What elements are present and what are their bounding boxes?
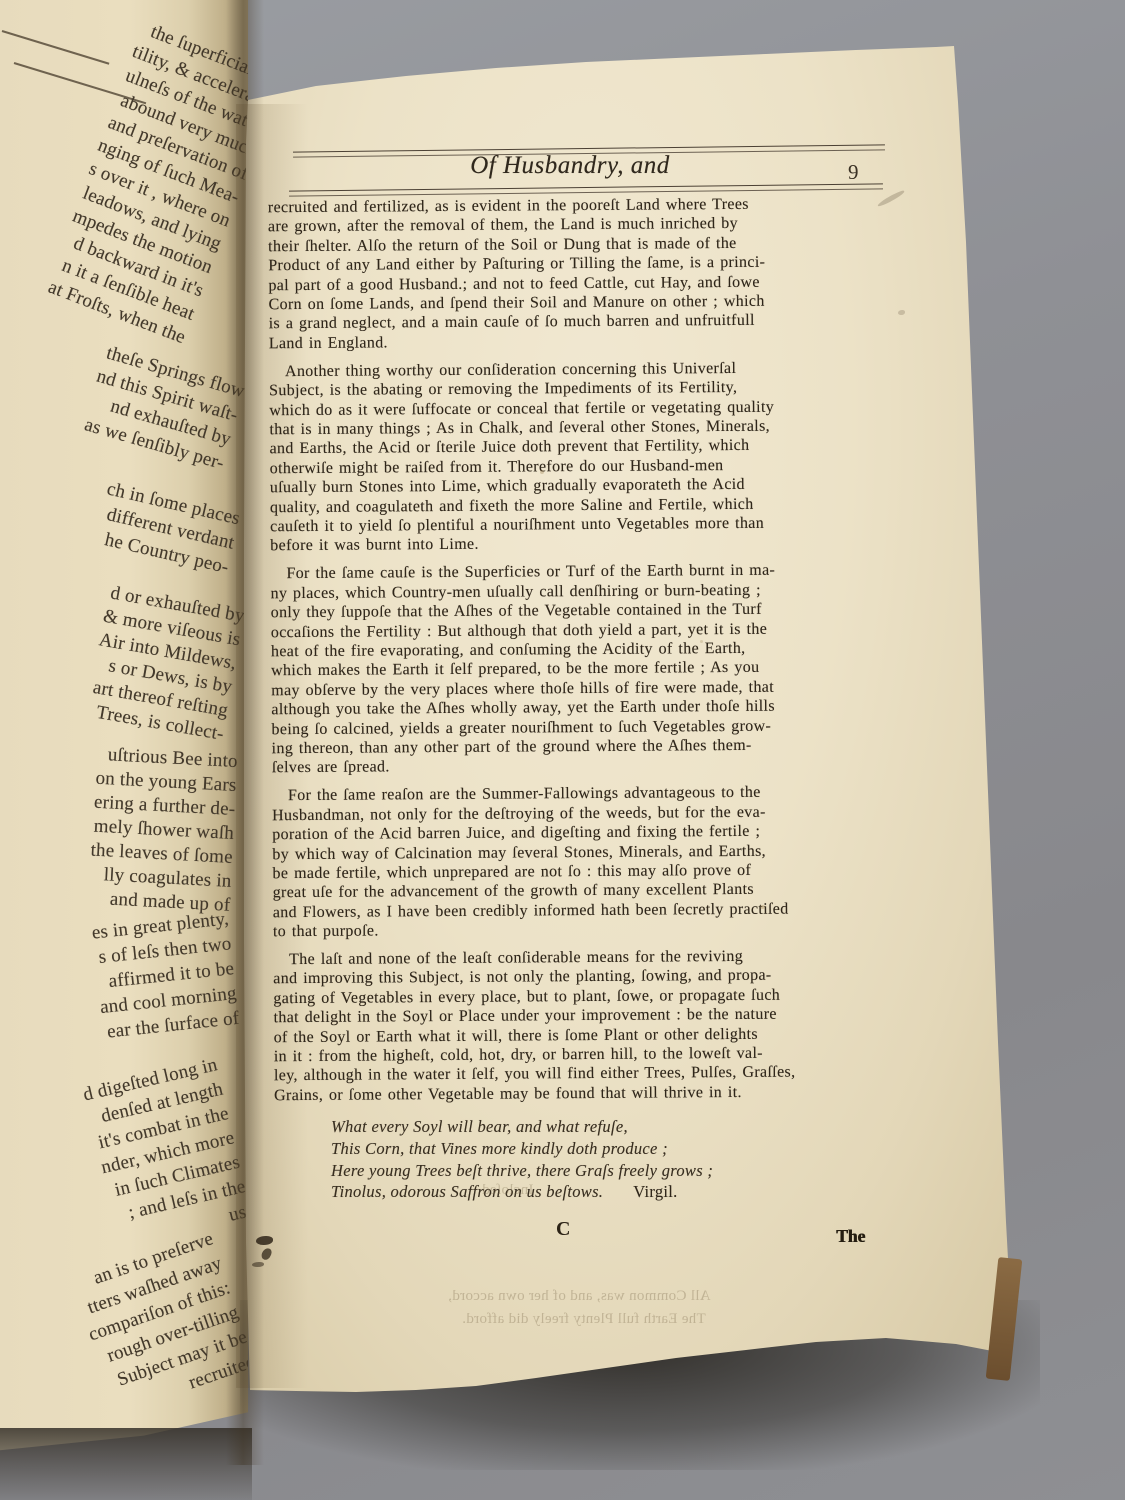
foxing-spot <box>760 905 765 909</box>
page-shadow <box>0 1428 252 1500</box>
left-page-text-fragment: es in great plenty, s of leſs then two a… <box>0 906 241 1055</box>
foxing-spot <box>700 640 703 643</box>
left-facing-page: the ſuperficial gli- tility, & accelerat… <box>0 0 248 1462</box>
verse-last-line-text: Tinolus, odorous Saffron on us beſtows. <box>331 1182 603 1201</box>
foxing-spot <box>540 470 544 474</box>
page-number: 9 <box>848 160 859 185</box>
paragraph: Another thing worthy our conſideration c… <box>269 358 902 556</box>
gutter-shadow <box>226 0 264 1465</box>
foxing-spot <box>420 1055 423 1058</box>
paragraph: recruited and fertilized, as is evident … <box>268 194 901 354</box>
catchword: The <box>836 1226 865 1247</box>
body-text: recruited and fertilized, as is evident … <box>268 194 906 1114</box>
left-page-text-fragment: ch in ſome places different verdant he C… <box>0 454 242 580</box>
paragraph: For the ſame cauſe is the Superficies or… <box>270 560 903 778</box>
left-page-text-fragment: theſe Springs flow nd this Spirit waſt- … <box>0 315 248 476</box>
bleedthrough-text: Incloſed <box>482 1182 534 1199</box>
left-page-text-fragment: uſtrious Bee into on the young Ears erin… <box>0 738 238 918</box>
signature-mark: C <box>556 1218 570 1241</box>
left-page-text-fragment: d digeſted long in denſed at length it's… <box>0 1052 254 1276</box>
verse-attribution: Virgil. <box>633 1182 677 1201</box>
book-photo: the ſuperficial gli- tility, & accelerat… <box>0 0 1125 1500</box>
verse-lines: What every Soyl will bear, and what refu… <box>331 1116 713 1181</box>
running-title: Of Husbandry, and <box>330 152 810 180</box>
bleedthrough-text: The Earth full Plenty freely did afford. <box>462 1311 706 1328</box>
bleedthrough-text: All Common was, and of her own accord, <box>448 1288 711 1305</box>
paragraph: For the ſame reaſon are the Summer-Fallo… <box>272 782 905 942</box>
left-page-text-fragment: d or exhauſted by & more viſeous is Air … <box>0 564 247 747</box>
paragraph: The laſt and none of the leaſt conſidera… <box>273 946 906 1106</box>
